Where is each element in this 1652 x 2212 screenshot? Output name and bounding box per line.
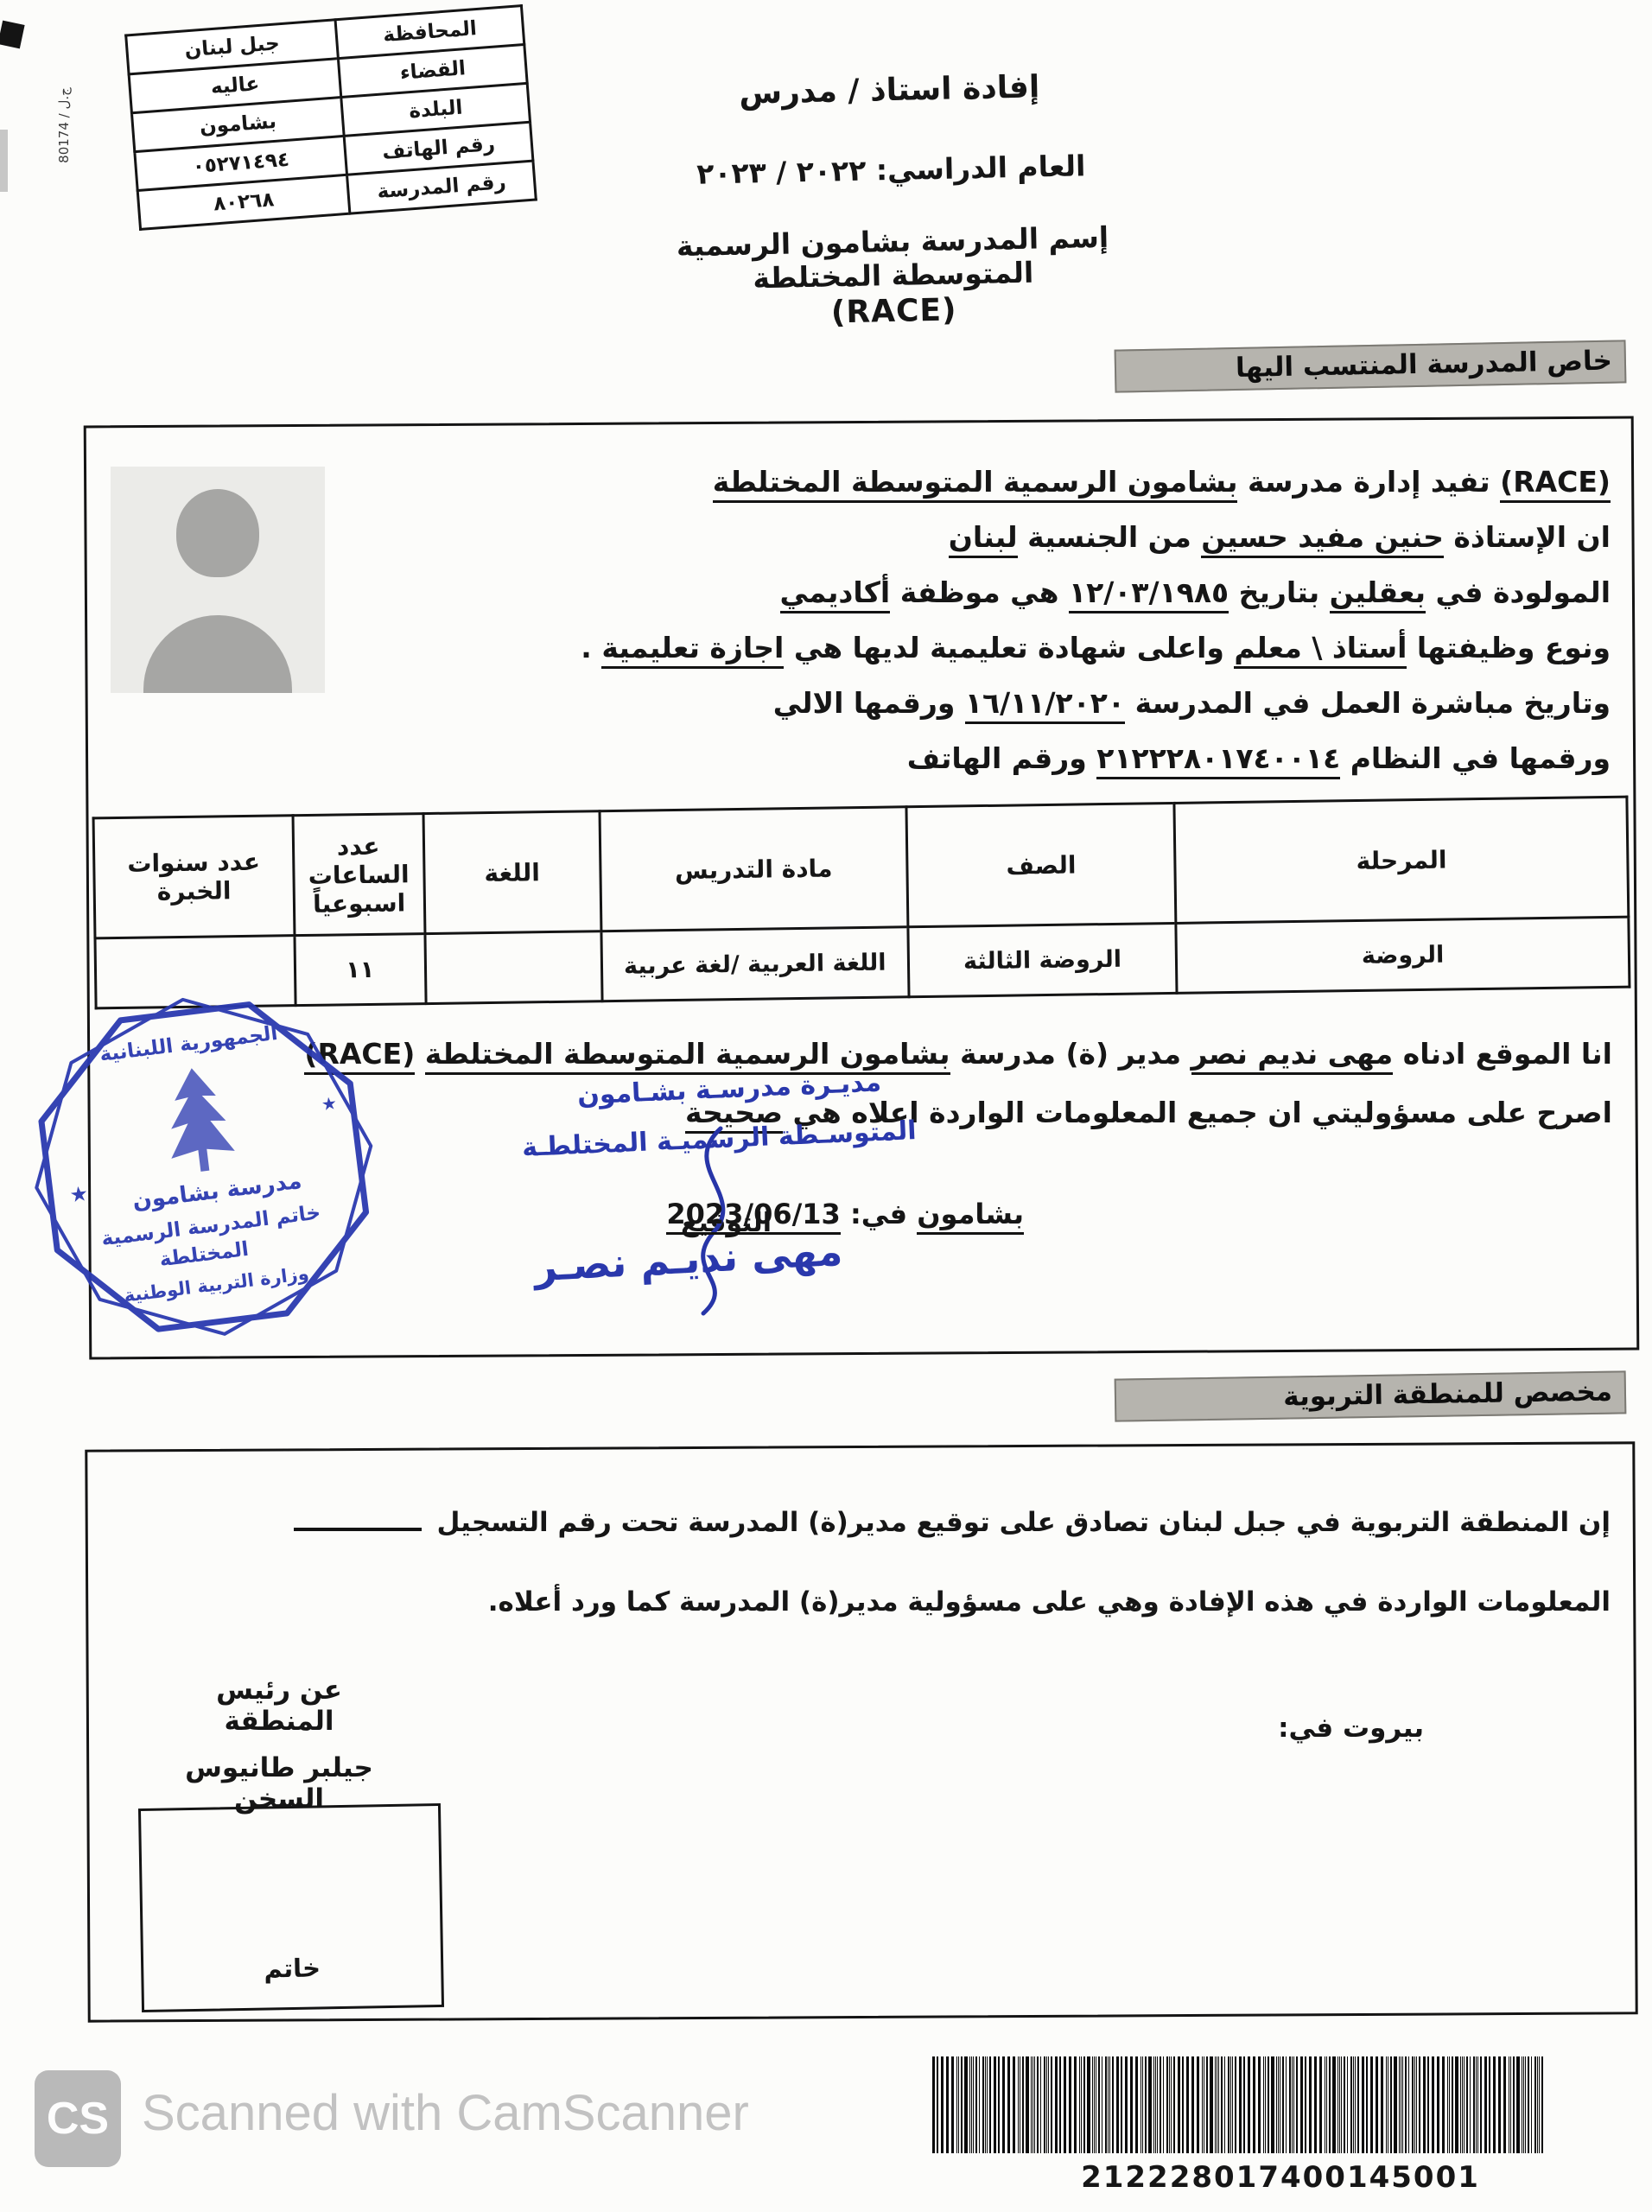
info-table-body: المحافظةجبل لبنانالقضاءعاليهالبلدةبشامون… [126,6,537,230]
barcode-bar [1037,2056,1039,2153]
barcode-bar [1293,2056,1294,2153]
barcode-bar [1286,2056,1287,2153]
text-segment: ونوع وظيفتها [1407,631,1611,664]
barcode-bar [1221,2056,1223,2153]
barcode-bar [1044,2056,1045,2153]
barcode-bar [1105,2056,1107,2153]
barcode-bar [1357,2056,1359,2153]
avatar-head-shape [176,489,259,577]
barcode-bar [1253,2056,1255,2153]
text-segment: مهى نديم نصر [1191,1037,1394,1075]
barcode-bar [1339,2056,1340,2153]
barcode-bar [1498,2056,1501,2153]
barcode-bar [1525,2056,1526,2153]
text-line: المولودة في بعقلين بتاريخ ١٢/٠٣/١٩٨٥ هي … [738,565,1611,620]
academic-year-line: العام الدراسي: ٢٠٢٢ / ٢٠٢٣ [604,147,1179,193]
barcode-bar [1182,2056,1184,2153]
column-header: عدد سنوات الخبرة [93,816,295,938]
barcode-bar [1142,2056,1143,2153]
document-header: إفادة استاذ / مدرس العام الدراسي: ٢٠٢٢ /… [602,67,1181,335]
barcode-bar [987,2056,988,2153]
barcode-bar [1121,2056,1122,2153]
barcode-bar [1186,2056,1189,2153]
barcode-bar [958,2056,959,2153]
barcode-bar [985,2056,986,2153]
barcode-bar [1160,2056,1161,2153]
table-cell: اللغة العربية /لغة عربية [601,927,909,1001]
barcode-bar [1280,2056,1280,2153]
barcode-bar [1449,2056,1450,2153]
barcode-bar [1092,2056,1093,2153]
barcode-bar [1032,2056,1033,2153]
barcode-bar [1145,2056,1147,2153]
text-line: المعلومات الواردة في هذه الإفادة وهي على… [453,1562,1611,1642]
barcode-bar [1419,2056,1420,2153]
text-segment: أكاديمي [780,575,891,613]
barcode-bar [1031,2056,1032,2153]
section1-banner: خاص المدرسة المنتسب اليها [1115,340,1627,392]
barcode-bar [1163,2056,1164,2153]
barcode-bar [1169,2056,1170,2153]
scanned-document-page: 80174 / ج.ل المحافظةجبل لبنانالقضاءعاليه… [0,0,1652,2212]
barcode-bar [1528,2056,1529,2153]
barcode-bar [1074,2056,1077,2153]
barcode-bar [1289,2056,1291,2153]
barcode-bar [1055,2056,1058,2153]
barcode-bar [1215,2056,1216,2153]
barcode-bar [1206,2056,1208,2153]
barcode-bar [1405,2056,1407,2153]
barcode-bar [1018,2056,1019,2153]
barcode-bar [1135,2056,1138,2153]
text-segment: ان الإستاذة [1444,520,1611,554]
text-line: ونوع وظيفتها أستاذ \ معلم واعلى شهادة تع… [738,620,1611,676]
barcode-bar [1034,2056,1035,2153]
barcode-bar [1228,2056,1229,2153]
barcode-bar [1109,2056,1110,2153]
text-segment: مدير (ة) مدرسة [950,1037,1191,1071]
barcode-bar [1516,2056,1520,2153]
barcode-bar [1210,2056,1213,2153]
document-side-code: 80174 / ج.ل [56,48,72,203]
official-school-stamp: ★ ★ الجمهورية اللبنانية مدرسة بشامون خات… [0,963,420,1373]
barcode-bar [1412,2056,1414,2153]
blank-underline [294,1523,422,1531]
barcode-bar [982,2056,984,2153]
barcode-bar [1204,2056,1204,2153]
barcode-bar [946,2056,949,2153]
barcode-bar [1178,2056,1180,2153]
barcode-bar [1337,2056,1338,2153]
barcode-bar [1102,2056,1102,2153]
barcode-bar [1370,2056,1373,2153]
barcode-bar [1476,2056,1477,2153]
seal-box-label: خاتم [143,1951,442,1986]
column-header: مادة التدريس [600,807,908,931]
camscanner-logo-text: CS [47,2093,109,2145]
barcode-bars [930,2056,1631,2153]
barcode-bar [1402,2056,1403,2153]
teacher-photo-placeholder [111,467,325,693]
barcode-bar [1427,2056,1429,2153]
barcode-bar [1083,2056,1085,2153]
barcode-bar [1148,2056,1152,2153]
barcode-bar [1292,2056,1293,2153]
barcode-bar [1217,2056,1217,2153]
barcode-bar [1539,2056,1540,2153]
barcode-bar [1541,2056,1543,2153]
text-segment: وتاريخ مباشرة العمل في المدرسة [1125,686,1611,720]
camscanner-logo-icon: CS [35,2070,121,2167]
stamp-line-mixed: المختلطة [158,1238,250,1271]
text-segment: ١٦/١١/٢٠٢٠ [965,686,1125,724]
barcode-bar [1239,2056,1242,2153]
barcode-bar [1305,2056,1306,2153]
barcode-bar [1094,2056,1095,2153]
barcode-bar [1447,2056,1448,2153]
barcode-bar [1096,2056,1096,2153]
scan-artifact-smudge [0,130,8,192]
barcode-bar [1423,2056,1426,2153]
barcode-bar [1271,2056,1274,2153]
barcode-bar [1366,2056,1368,2153]
barcode-bar [1235,2056,1236,2153]
text-segment: في: [841,1198,917,1230]
barcode-bar [1191,2056,1194,2153]
barcode-bar [1325,2056,1325,2153]
barcode-bar [975,2056,977,2153]
barcode-bar [1125,2056,1128,2153]
barcode-bar [1432,2056,1434,2153]
barcode-bar [1059,2056,1061,2153]
barcode-bar [1173,2056,1175,2153]
text-segment: بشامون الرسمية المتوسطة المختلطة [713,465,1238,503]
barcode-bar [1480,2056,1482,2153]
barcode-bar [1477,2056,1478,2153]
attestation-paragraph: (RACE) تفيد إدارة مدرسة بشامون الرسمية ا… [738,454,1611,786]
barcode-number: 212228017400145001 [930,2160,1631,2195]
barcode-bar [1381,2056,1383,2153]
barcode-bar [1341,2056,1342,2153]
column-header: اللغة [423,811,601,934]
barcode-bar [1265,2056,1266,2153]
barcode-bar [1388,2056,1388,2153]
district-paragraph: إن المنطقة التربوية في جبل لبنان تصادق ع… [453,1483,1611,1642]
barcode-bar [1376,2056,1378,2153]
text-segment: حنين مفيد حسين [1201,520,1444,558]
barcode-bar [1503,2056,1506,2153]
text-segment: تفيد إدارة مدرسة [1237,465,1500,499]
text-segment: ورقمها الالي [773,686,965,720]
barcode-bar [1509,2056,1509,2153]
beirut-date-label: بيروت في: [1278,1713,1424,1744]
text-segment: المعلومات الواردة في هذه الإفادة وهي على… [488,1586,1611,1618]
barcode-bar [1353,2056,1354,2153]
document-barcode: 212228017400145001 [930,2056,1631,2195]
barcode-bar [961,2056,963,2153]
barcode-bar [1218,2056,1219,2153]
barcode-bar [932,2056,935,2153]
barcode-bar [1362,2056,1364,2153]
barcode-bar [1171,2056,1172,2153]
barcode-bar [1466,2056,1468,2153]
barcode-bar [941,2056,944,2153]
barcode-bar [1282,2056,1284,2153]
section2-banner: مخصص للمنطقة التربوية [1115,1370,1627,1421]
barcode-bar [1232,2056,1233,2153]
barcode-bar [1258,2056,1261,2153]
barcode-bar [1051,2056,1052,2153]
barcode-bar [1153,2056,1154,2153]
barcode-bar [1314,2056,1317,2153]
barcode-bar [964,2056,968,2153]
barcode-bar [1513,2056,1515,2153]
barcode-bar [1278,2056,1279,2153]
barcode-bar [1399,2056,1400,2153]
barcode-bar [1326,2056,1327,2153]
school-name-line: إسم المدرسة بشامون الرسمية المتوسطة المخ… [606,219,1180,298]
table-cell [425,931,602,1004]
barcode-bar [1470,2056,1471,2153]
text-line: (RACE) تفيد إدارة مدرسة بشامون الرسمية ا… [738,454,1611,510]
barcode-bar [973,2056,974,2153]
barcode-bar [1489,2056,1490,2153]
barcode-bar [998,2056,1000,2153]
barcode-bar [1510,2056,1511,2153]
district-seal-box: خاتم [138,1803,444,2012]
text-segment: المولودة في [1426,575,1611,609]
barcode-bar [1007,2056,1010,2153]
barcode-bar [1462,2056,1463,2153]
barcode-bar [1112,2056,1114,2153]
barcode-bar [1329,2056,1331,2153]
barcode-bar [989,2056,991,2153]
column-header: الصف [906,803,1177,926]
text-segment: (RACE) [1500,465,1611,503]
teaching-table-head: المرحلةالصفمادة التدريساللغةعدد الساعات … [93,797,1629,938]
barcode-bar [1332,2056,1336,2153]
text-segment: ورقمها في النظام [1340,741,1611,775]
table-cell: الروضة [1176,917,1630,993]
barcode-bar [1344,2056,1345,2153]
star-glyph: ★ [321,1092,339,1115]
barcode-bar [1355,2056,1356,2153]
barcode-bar [1116,2056,1119,2153]
barcode-bar [1020,2056,1020,2153]
barcode-bar [1108,2056,1109,2153]
cedar-tree-icon [161,1065,237,1175]
text-segment: ١٢/٠٣/١٩٨٥ [1069,575,1229,613]
barcode-bar [1522,2056,1522,2153]
barcode-bar [1416,2056,1417,2153]
barcode-bar [1408,2056,1409,2153]
text-line: وتاريخ مباشرة العمل في المدرسة ١٦/١١/٢٠٢… [738,676,1611,731]
barcode-bar [1390,2056,1392,2153]
barcode-bar [1464,2056,1465,2153]
barcode-bar [1079,2056,1080,2153]
document-title: إفادة استاذ / مدرس [602,67,1177,114]
barcode-bar [1040,2056,1041,2153]
place-date-line: بشامون في: 2023/06/13 [666,1198,1024,1230]
barcode-bar [1534,2056,1536,2153]
barcode-bar [1401,2056,1401,2153]
barcode-bar [1442,2056,1445,2153]
barcode-bar [979,2056,980,2153]
barcode-bar [1155,2056,1156,2153]
barcode-bar [1141,2056,1141,2153]
barcode-bar [1048,2056,1049,2153]
barcode-bar [1347,2056,1348,2153]
barcode-bar [1309,2056,1312,2153]
text-segment: بشامون [917,1198,1024,1235]
text-line: ورقمها في النظام ٢١٢٢٢٨٠١٧٤٠٠١٤ ورقم اله… [738,731,1611,786]
barcode-bar [1166,2056,1168,2153]
barcode-bar [994,2056,996,2153]
text-segment: بتاريخ [1229,575,1329,609]
text-line: انا الموقع ادناه مهى نديم نصر مدير (ة) م… [472,1025,1612,1084]
avatar-torso-shape [143,615,292,693]
barcode-bar [1263,2056,1264,2153]
text-segment: 2023/06/13 [666,1198,841,1235]
barcode-bar [1202,2056,1203,2153]
stamp-line-republic: الجمهورية اللبنانية [98,1022,279,1066]
barcode-bar [971,2056,972,2153]
barcode-bar [1022,2056,1024,2153]
text-segment: إن المنطقة التربوية في جبل لبنان تصادق ع… [437,1507,1611,1538]
text-segment: . [581,631,601,664]
barcode-bar [1437,2056,1439,2153]
barcode-bar [1531,2056,1532,2153]
barcode-bar [1197,2056,1199,2153]
text-segment: انا الموقع ادناه [1393,1037,1612,1071]
text-segment: لبنان [949,520,1018,558]
scan-artifact-blob [0,21,25,49]
barcode-bar [1243,2056,1245,2153]
text-segment: ٢١٢٢٢٨٠١٧٤٠٠١٤ [1096,741,1340,779]
camscanner-watermark: Scanned with CamScanner [142,2084,749,2142]
barcode-bar [1098,2056,1100,2153]
text-segment: من الجنسية [1018,520,1202,554]
barcode-bar [1069,2056,1071,2153]
barcode-bar [1523,2056,1524,2153]
school-info-table: المحافظةجبل لبنانالقضاءعاليهالبلدةبشامون… [124,4,537,231]
barcode-bar [1300,2056,1303,2153]
barcode-bar [1455,2056,1458,2153]
barcode-bar [1046,2056,1047,2153]
barcode-bar [956,2056,957,2153]
column-header: المرحلة [1174,797,1629,923]
barcode-bar [1460,2056,1461,2153]
barcode-bar [1319,2056,1322,2153]
text-line: إن المنطقة التربوية في جبل لبنان تصادق ع… [453,1483,1611,1562]
text-segment: أستاذ \ معلم [1234,631,1407,669]
barcode-bar [1013,2056,1015,2153]
barcode-bar [1268,2056,1269,2153]
text-segment: بعقلين [1330,575,1426,613]
barcode-bar [1484,2056,1487,2153]
barcode-bar [1087,2056,1090,2153]
barcode-bar [1224,2056,1225,2153]
barcode-bar [1473,2056,1475,2153]
barcode-bar [1296,2056,1298,2153]
text-segment: واعلى شهادة تعليمية لديها هي [784,631,1234,664]
barcode-bar [1394,2056,1397,2153]
district-chief-title: عن رئيس المنطقة [162,1675,396,1737]
text-segment [415,1037,425,1071]
table-header-row: المرحلةالصفمادة التدريساللغةعدد الساعات … [93,797,1629,938]
barcode-bar [969,2056,970,2153]
barcode-bar [1350,2056,1352,2153]
barcode-bar [1081,2056,1082,2153]
table-cell: الروضة الثالثة [908,923,1178,996]
barcode-bar [1026,2056,1029,2153]
barcode-bar [1276,2056,1277,2153]
barcode-bar [937,2056,938,2153]
star-glyph: ★ [68,1181,90,1207]
text-line: بشامون في: 2023/06/13 [666,1198,1024,1230]
text-line: ان الإستاذة حنين مفيد حسين من الجنسية لب… [738,510,1611,565]
barcode-bar [1002,2056,1005,2153]
barcode-bar [1414,2056,1415,2153]
barcode-bar [1230,2056,1231,2153]
barcode-bar [1130,2056,1133,2153]
barcode-bar [1452,2056,1453,2153]
text-segment: هي موظفة [890,575,1069,609]
barcode-bar [1386,2056,1387,2153]
barcode-bar [951,2056,954,2153]
barcode-bar [1493,2056,1496,2153]
barcode-bar [1537,2056,1538,2153]
barcode-bar [1248,2056,1250,2153]
text-segment: اجازة تعليمية [601,631,784,669]
barcode-bar [1064,2056,1066,2153]
column-header: عدد الساعات اسبوعياً [293,814,425,936]
barcode-bar [1157,2056,1158,2153]
text-segment: ورقم الهاتف [907,741,1097,775]
